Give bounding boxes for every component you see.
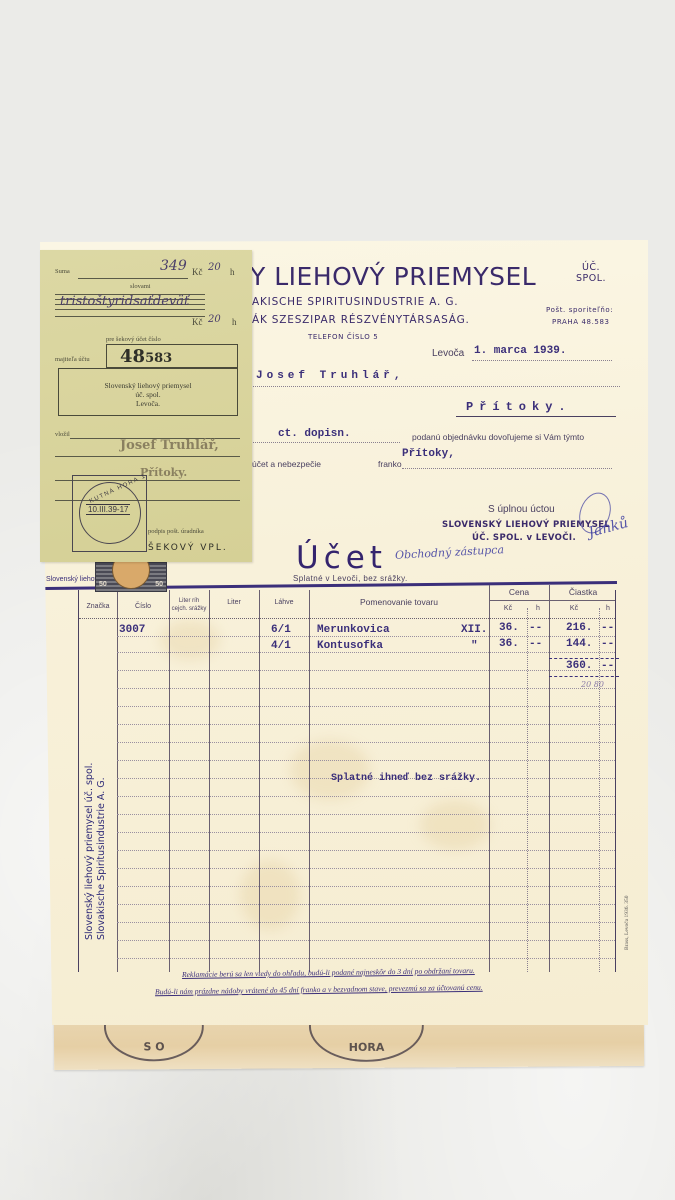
sum-label: Suma bbox=[55, 268, 70, 275]
owner-label: majiteľa účtu bbox=[55, 356, 90, 363]
postmark: KUTNÁ HORA 1 10.III.39-17 bbox=[72, 475, 147, 552]
col-header-liter: Liter bbox=[209, 599, 259, 607]
payment-terms: Splatné v Levoči, bez srážky. bbox=[293, 574, 408, 583]
col-header-ciastka-kc: Kč bbox=[549, 605, 599, 613]
col-header-liter-cez: Liter ríh cejch. srážky bbox=[169, 597, 209, 613]
phone-number: TELEFON ČÍSLO 5 bbox=[308, 333, 378, 341]
invoice-date: 1. marca 1939. bbox=[474, 345, 566, 357]
row1-cena-h: -- bbox=[529, 622, 542, 634]
col-header-znacka: Značka bbox=[79, 603, 117, 611]
payer-label: vložil bbox=[55, 431, 70, 438]
company-suffix: ÚČ. SPOL. bbox=[576, 262, 606, 284]
words-h: 20 bbox=[208, 314, 221, 325]
row1-ciastka-h: -- bbox=[601, 622, 614, 634]
row2-ciastka-kc: 144. bbox=[566, 638, 592, 650]
recipient-name: Josef Truhlář, bbox=[256, 370, 404, 382]
col-header-cislo: Číslo bbox=[117, 603, 169, 611]
row2-item: Kontusofka bbox=[317, 640, 383, 652]
company-name-german: AKISCHE SPIRITUSINDUSTRIE A. G. bbox=[252, 296, 458, 308]
row1-lahve: 6/1 bbox=[271, 624, 291, 636]
document-title: Účet bbox=[296, 540, 387, 576]
franco-label: franko bbox=[378, 459, 402, 469]
postmark-date: 10.III.39-17 bbox=[86, 504, 130, 515]
sum-in-words: tristoštyridsaťdeväť bbox=[60, 294, 189, 309]
company-name-hungarian: ÁK SZESZIPAR RÉSZVÉNYTÁRSASÁG. bbox=[252, 314, 470, 326]
row2-ciastka-h: -- bbox=[601, 638, 614, 650]
col-header-cena: Cena bbox=[489, 588, 549, 596]
place-label: Levoča bbox=[432, 348, 464, 359]
revenue-stamp: 50 50 bbox=[95, 562, 167, 592]
row2-cena-h: -- bbox=[529, 638, 542, 650]
account-label: pre šekový účet číslo bbox=[106, 336, 161, 343]
clerk-label: podpis pošt. úradníka bbox=[148, 528, 204, 535]
total-kc: 360. bbox=[566, 660, 592, 672]
total-h: -- bbox=[601, 660, 614, 672]
row2-cena-kc: 36. bbox=[499, 638, 519, 650]
row1-cena-kc: 36. bbox=[499, 622, 519, 634]
printer-imprint: Brass, Levoča 1936. 350 bbox=[624, 895, 630, 950]
items-table: Značka Číslo Liter ríh cejch. srážky Lit… bbox=[78, 590, 616, 972]
payment-note: Splatné ihneď bez srážky. bbox=[331, 773, 481, 784]
col-header-ciastka: Čiastka bbox=[549, 588, 617, 596]
row2-grade: " bbox=[471, 640, 478, 652]
account-number: 48583 bbox=[120, 346, 172, 367]
handwritten-note: Obchodný zástupca bbox=[395, 543, 505, 562]
footer-line-2: Budú-li nám prázdne nádoby vrátené do 45… bbox=[155, 983, 483, 997]
col-header-pomenovanie: Pomenovanie tovaru bbox=[309, 598, 489, 606]
row2-lahve: 4/1 bbox=[271, 640, 291, 652]
slip-type: ŠEKOVÝ VPL. bbox=[148, 543, 228, 553]
row1-item: Merunkovica bbox=[317, 624, 390, 636]
col-header-lahve: Láhve bbox=[259, 599, 309, 607]
recipient-town: Přítoky. bbox=[466, 400, 572, 414]
destination: Přítoky, bbox=[402, 448, 455, 460]
handwritten-addition: 20 80 bbox=[581, 680, 604, 689]
company-name: Y LIEHOVÝ PRIEMYSEL bbox=[250, 262, 536, 291]
reference: ct. dopisn. bbox=[278, 428, 351, 440]
payer-name: Josef Truhlář, bbox=[120, 438, 219, 453]
col-header-cena-kc: Kč bbox=[489, 605, 527, 613]
col-header-cena-h: h bbox=[527, 605, 549, 613]
side-company-text: Slovenský liehový priemysel úč. spol. Sl… bbox=[84, 763, 108, 940]
sum-kc: 349 bbox=[160, 258, 187, 274]
row1-ciastka-kc: 216. bbox=[566, 622, 592, 634]
savings-account: PRAHA 48.583 bbox=[552, 318, 610, 326]
row1-cislo: 3007 bbox=[119, 624, 145, 636]
savings-label: Pošt. sporiteľňo: bbox=[546, 306, 613, 314]
shipment-label: účet a nebezpečie bbox=[252, 459, 321, 469]
postal-check-slip: Suma 349 Kč 20 h slovami tristoštyridsať… bbox=[40, 250, 252, 562]
words-label: slovami bbox=[130, 283, 151, 290]
row1-grade: XII. bbox=[461, 624, 487, 636]
sum-h: 20 bbox=[208, 262, 221, 273]
closing: S úplnou úctou bbox=[488, 504, 555, 515]
order-text: podanú objednávku dovoľujeme si Vám týmt… bbox=[412, 432, 584, 442]
col-header-ciastka-h: h bbox=[599, 605, 617, 613]
signature-company-2: ÚČ. SPOL. v LEVOČI. bbox=[472, 533, 576, 543]
account-owner: Slovenský liehový priemysel úč. spol. Le… bbox=[58, 381, 238, 408]
